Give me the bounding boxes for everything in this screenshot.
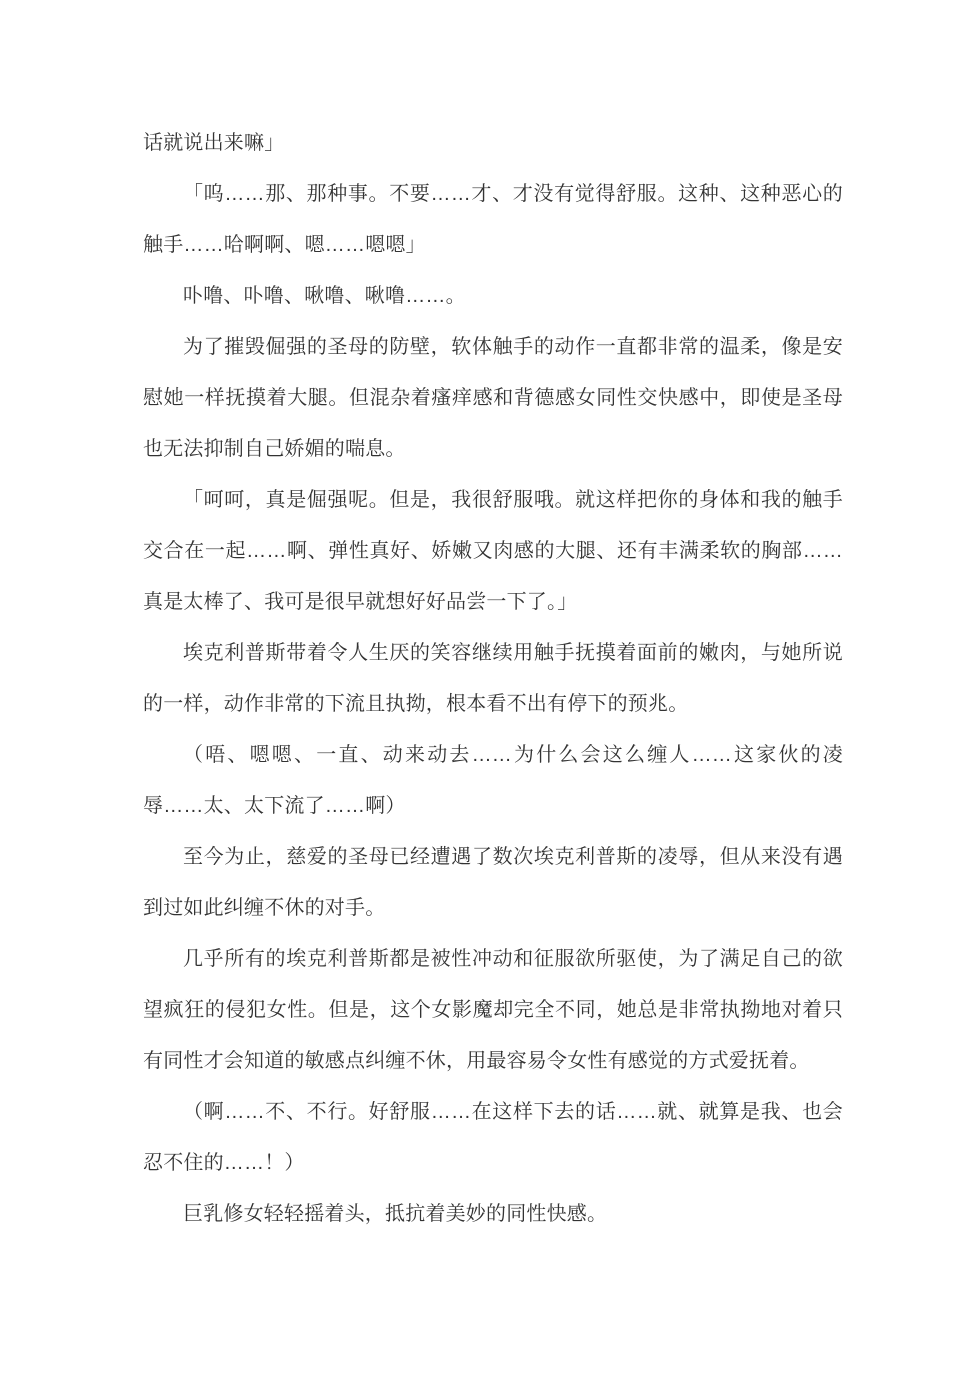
paragraph: 至今为止，慈爱的圣母已经遭遇了数次埃克利普斯的凌辱，但从来没有遇到过如此纠缠不休… bbox=[143, 832, 843, 934]
paragraph: 埃克利普斯带着令人生厌的笑容继续用触手抚摸着面前的嫩肉，与她所说的一样，动作非常… bbox=[143, 628, 843, 730]
paragraph: 「呜……那、那种事。不要……才、才没有觉得舒服。这种、这种恶心的触手……哈啊啊、… bbox=[143, 169, 843, 271]
paragraph: （唔、嗯嗯、一直、动来动去……为什么会这么缠人……这家伙的凌辱……太、太下流了…… bbox=[143, 730, 843, 832]
paragraph: 巨乳修女轻轻摇着头，抵抗着美妙的同性快感。 bbox=[143, 1189, 843, 1240]
paragraph: 话就说出来嘛」 bbox=[143, 118, 843, 169]
paragraph: （啊……不、不行。好舒服……在这样下去的话……就、就算是我、也会忍不住的……！） bbox=[143, 1087, 843, 1189]
paragraph: 「呵呵，真是倔强呢。但是，我很舒服哦。就这样把你的身体和我的触手交合在一起……啊… bbox=[143, 475, 843, 628]
paragraph: 为了摧毁倔强的圣母的防壁，软体触手的动作一直都非常的温柔，像是安慰她一样抚摸着大… bbox=[143, 322, 843, 475]
paragraph: 卟噜、卟噜、啾噜、啾噜……。 bbox=[143, 271, 843, 322]
paragraph: 几乎所有的埃克利普斯都是被性冲动和征服欲所驱使，为了满足自己的欲望疯狂的侵犯女性… bbox=[143, 934, 843, 1087]
document-page: 话就说出来嘛」 「呜……那、那种事。不要……才、才没有觉得舒服。这种、这种恶心的… bbox=[0, 0, 980, 1386]
